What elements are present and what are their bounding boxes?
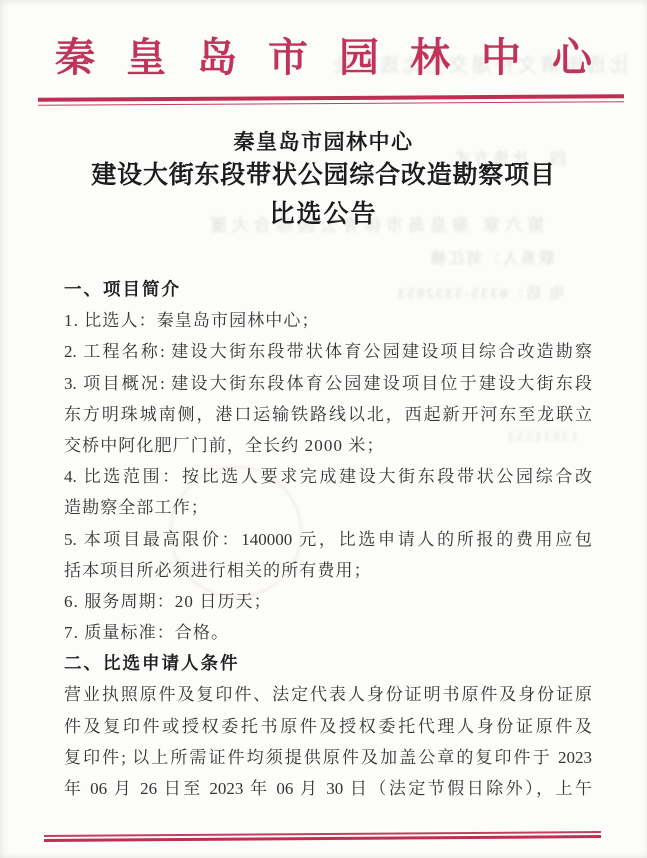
bleedthrough-artifact: 联系人：刘江楠 [428,247,554,268]
body-line: 复印件; 以上所需证件均须提供原件及加盖公章的复印件于 2023 [64,742,592,773]
body-line: 件及复印件或授权委托书原件及授权委托代理人身份证原件及 [64,711,592,742]
footer-divider [44,831,601,842]
masthead-divider [38,94,624,106]
body-line: 交桥中阿化肥厂门前，全长约 2000 米； [64,430,592,461]
body-line: 2. 工程名称: 建设大街东段带状体育公园建设项目综合改造勘察 [64,336,592,367]
body-line: 7. 质量标准：合格。 [64,617,592,648]
doc-title-notice-type: 比选公告 [0,195,647,235]
body-line: 1. 比选人：秦皇岛市园林中心； [64,305,592,336]
body-line: 3. 项目概况: 建设大街东段体育公园建设项目位于建设大街东段 [64,368,592,399]
doc-title-organization: 秦皇岛市园林中心 [0,127,647,157]
body-line: 6. 服务周期：20 日历天； [64,586,592,617]
body-line: 4. 比选范围：按比选人要求完成建设大街东段带状公园综合改 [64,461,592,492]
document-body: 一、项目简介 1. 比选人：秦皇岛市园林中心； 2. 工程名称: 建设大街东段带… [64,274,592,804]
body-line: 5. 本项目最高限价：140000 元，比选申请人的所报的费用应包 [64,524,592,555]
body-line: 年 06 月 26 日至 2023 年 06 月 30 日（法定节假日除外），上… [64,773,592,804]
section-heading: 二、比选申请人条件 [64,648,592,679]
body-line: 括本项目所必须进行相关的所有费用； [64,555,592,586]
body-line: 营业执照原件及复印件、法定代表人身份证明书原件及身份证原 [64,679,592,710]
document-title: 秦皇岛市园林中心 建设大街东段带状公园综合改造勘察项目 比选公告 [0,127,647,235]
divider-thin-line [38,101,624,106]
body-line: 造勘察全部工作； [64,492,592,523]
doc-title-project: 建设大街东段带状公园综合改造勘察项目 [0,157,647,195]
section-heading: 一、项目简介 [64,274,592,305]
body-line: 东方明珠城南侧，港口运输铁路线以北，西起新开河东至龙联立 [64,399,592,430]
masthead-agency-name: 秦皇岛市园林中心 [0,33,647,83]
scanned-document-page: 比选申请文件递交至比选人处 四、比选方式 第六章 秦皇岛市体育公园综合大厦 联系… [0,0,647,858]
